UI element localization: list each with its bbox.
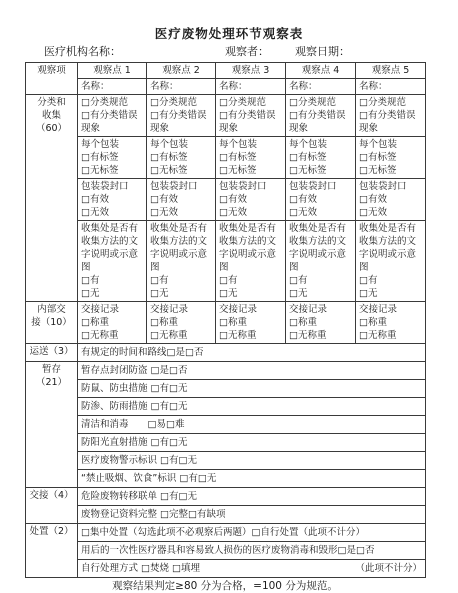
point-3-header: 观察点 3 [216,63,286,79]
cell-seal-p5: 包装袋封口 □有效 □无效 [356,179,426,221]
cell-instruction-p5: 收集处是否有收集方法的文字说明或示意图 □有 □无 [356,221,426,302]
not-scored-note: （此项不计分） [355,562,422,575]
cell-classification-p1: □分类规范 □有分类错误现象 [78,95,147,137]
cell-clean-disinfect: 清洁和消毒 □易□难 [78,416,426,434]
cell-seal-p4: 包装袋封口 □有效 □无效 [286,179,356,221]
point-1-name-cell: 名称： [78,79,147,95]
point-1-header: 观察点 1 [78,63,147,79]
institution-name-label: 医疗机构名称： [44,45,121,59]
cell-classification-p5: □分类规范 □有分类错误现象 [356,95,426,137]
point-5-header: 观察点 5 [356,63,426,79]
item-header-cell: 观察项 [26,63,78,95]
cell-seal-p1: 包装袋封口 □有效 □无效 [78,179,147,221]
cell-no-smoking-sign: “禁止吸烟、饮食”标识 □有□无 [78,470,426,488]
header-row-points: 观察项 观察点 1 观察点 2 观察点 3 观察点 4 观察点 5 [26,63,426,79]
table-row: 防鼠、防虫措施 □有□无 [26,380,426,398]
self-disposal-text: 自行处理方式 □焚烧 □填埋 [81,562,200,575]
observation-date-label: 观察日期： [295,45,350,59]
table-row: 医疗废物警示标识 □有□无 [26,452,426,470]
table-row: 分类和 收集 （60） □分类规范 □有分类错误现象 □分类规范 □有分类错误现… [26,95,426,137]
cell-self-disposal-method: 自行处理方式 □焚烧 □填埋 （此项不计分） [78,560,426,578]
cell-label-p1: 每个包装 □有标签 □无标签 [78,137,147,179]
cell-warning-sign: 医疗废物警示标识 □有□无 [78,452,426,470]
observer-label: 观察者： [225,45,269,59]
section-label-storage: 暂存 （21） [26,362,78,488]
table-row: 包装袋封口 □有效 □无效 包装袋封口 □有效 □无效 包装袋封口 □有效 □无… [26,179,426,221]
section-label-collection: 分类和 收集 （60） [26,95,78,302]
table-row: 防渗、防雨措施 □有□无 [26,398,426,416]
table-row: 用后的一次性医疗器具和容易致人损伤的医疗废物消毒和毁形□是□否 [26,542,426,560]
cell-seal-p2: 包装袋封口 □有效 □无效 [147,179,216,221]
cell-instruction-p2: 收集处是否有收集方法的文字说明或示意图 □有 □无 [147,221,216,302]
point-2-header: 观察点 2 [147,63,216,79]
document-title: 医疗废物处理环节观察表 [0,27,458,41]
meta-line: 医疗机构名称： 观察者： 观察日期： [0,45,458,59]
cell-handover-record-p4: 交接记录 □称重 □无称重 [286,302,356,344]
cell-pest-control: 防鼠、防虫措施 □有□无 [78,380,426,398]
cell-instruction-p1: 收集处是否有收集方法的文字说明或示意图 □有 □无 [78,221,147,302]
cell-classification-p2: □分类规范 □有分类错误现象 [147,95,216,137]
cell-label-p5: 每个包装 □有标签 □无标签 [356,137,426,179]
cell-instruction-p3: 收集处是否有收集方法的文字说明或示意图 □有 □无 [216,221,286,302]
header-row-names: 名称： 名称： 名称： 名称： 名称： [26,79,426,95]
point-4-name-cell: 名称： [286,79,356,95]
table-row: 防阳光直射措施 □有□无 [26,434,426,452]
point-5-name-cell: 名称： [356,79,426,95]
cell-classification-p4: □分类规范 □有分类错误现象 [286,95,356,137]
cell-storage-locked: 暂存点封闭防盗 □是□否 [78,362,426,380]
point-4-header: 观察点 4 [286,63,356,79]
table-row: 废物登记资料完整 □完整□有缺项 [26,506,426,524]
cell-seal-p3: 包装袋封口 □有效 □无效 [216,179,286,221]
table-row: 每个包装 □有标签 □无标签 每个包装 □有标签 □无标签 每个包装 □有标签 … [26,137,426,179]
cell-instruction-p4: 收集处是否有收集方法的文字说明或示意图 □有 □无 [286,221,356,302]
table-row: 自行处理方式 □焚烧 □填埋 （此项不计分） [26,560,426,578]
cell-centralized-disposal: □集中处置（勾选此项不必观察后两题）□自行处置（此项不计分） [78,524,426,542]
cell-sunlight-proof: 防阳光直射措施 □有□无 [78,434,426,452]
cell-handover-record-p1: 交接记录 □称重 □无称重 [78,302,147,344]
section-label-handover: 交接（4） [26,488,78,524]
table-row: 暂存 （21） 暂存点封闭防盗 □是□否 [26,362,426,380]
table-row: 清洁和消毒 □易□难 [26,416,426,434]
cell-label-p2: 每个包装 □有标签 □无标签 [147,137,216,179]
table-row: 内部交 接（10） 交接记录 □称重 □无称重 交接记录 □称重 □无称重 交接… [26,302,426,344]
point-3-name-cell: 名称： [216,79,286,95]
cell-classification-p3: □分类规范 □有分类错误现象 [216,95,286,137]
document-page: 医疗废物处理环节观察表 医疗机构名称： 观察者： 观察日期： 观察项 观察点 1… [0,0,458,593]
table-row: 交接（4） 危险废物转移联单 □有□无 [26,488,426,506]
section-label-disposal: 处置（2） [26,524,78,578]
observation-table: 观察项 观察点 1 观察点 2 观察点 3 观察点 4 观察点 5 名称： 名称… [25,62,426,578]
point-2-name-cell: 名称： [147,79,216,95]
cell-handover-record-p5: 交接记录 □称重 □无称重 [356,302,426,344]
cell-label-p4: 每个包装 □有标签 □无标签 [286,137,356,179]
table-row: 运送（3） 有规定的时间和路线□是□否 [26,344,426,362]
cell-transport-route: 有规定的时间和路线□是□否 [78,344,426,362]
cell-registration-complete: 废物登记资料完整 □完整□有缺项 [78,506,426,524]
cell-leak-rain-proof: 防渗、防雨措施 □有□无 [78,398,426,416]
cell-destroy-disinfect: 用后的一次性医疗器具和容易致人损伤的医疗废物消毒和毁形□是□否 [78,542,426,560]
cell-handover-record-p3: 交接记录 □称重 □无称重 [216,302,286,344]
section-label-transport: 运送（3） [26,344,78,362]
cell-handover-record-p2: 交接记录 □称重 □无称重 [147,302,216,344]
cell-transfer-form: 危险废物转移联单 □有□无 [78,488,426,506]
scoring-note: 观察结果判定≥80 分为合格，=100 分为规范。 [25,580,425,593]
table-row: 收集处是否有收集方法的文字说明或示意图 □有 □无 收集处是否有收集方法的文字说… [26,221,426,302]
table-row: “禁止吸烟、饮食”标识 □有□无 [26,470,426,488]
table-row: 处置（2） □集中处置（勾选此项不必观察后两题）□自行处置（此项不计分） [26,524,426,542]
cell-label-p3: 每个包装 □有标签 □无标签 [216,137,286,179]
section-label-internal-handover: 内部交 接（10） [26,302,78,344]
